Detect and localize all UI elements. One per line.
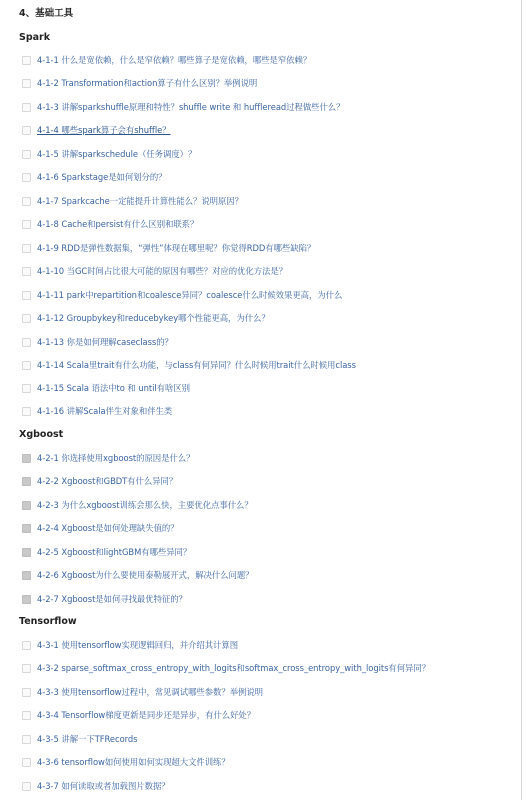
checkbox[interactable]: [22, 384, 31, 393]
list-item[interactable]: 4-2-4 Xgboost是如何处理缺失值的？: [22, 520, 179, 536]
list-item[interactable]: 4-1-7 Sparkcache一定能提升计算性能么？说明原因？: [22, 193, 243, 209]
list-item[interactable]: 4-3-5 讲解一下TFRecords: [22, 731, 137, 747]
checkbox[interactable]: [22, 56, 31, 65]
checkbox[interactable]: [22, 291, 31, 300]
list-item[interactable]: 4-3-2 sparse_softmax_cross_entropy_with_…: [22, 660, 430, 676]
list-item[interactable]: 4-3-4 Tensorflow梯度更新是同步还是异步，有什么好处？: [22, 707, 255, 723]
list-item[interactable]: 4-1-15 Scala 语法中to 和 until有啥区别: [22, 380, 190, 396]
item-text[interactable]: 4-1-9 RDD是弹性数据集，“弹性”体现在哪里呢？你觉得RDD有哪些缺陷？: [37, 240, 315, 256]
list-item[interactable]: 4-1-2 Transformation和action算子有什么区别？举例说明: [22, 75, 257, 91]
checkbox[interactable]: [22, 197, 31, 206]
checkbox[interactable]: [22, 664, 31, 673]
item-text[interactable]: 4-1-8 Cache和persist有什么区别和联系？: [37, 216, 198, 232]
list-item[interactable]: 4-2-6 Xgboost为什么要使用泰勒展开式，解决什么问题？: [22, 567, 253, 583]
list-item[interactable]: 4-3-1 使用tensorflow实现逻辑回归，并介绍其计算图: [22, 637, 238, 653]
item-text[interactable]: 4-3-4 Tensorflow梯度更新是同步还是异步，有什么好处？: [37, 707, 255, 723]
checkbox[interactable]: [22, 79, 31, 88]
checkbox[interactable]: [22, 361, 31, 370]
checkbox-checked[interactable]: [22, 595, 31, 604]
list-item[interactable]: 4-1-3 讲解sparkshuffle原理和特性？shuffle write …: [22, 99, 344, 115]
checkbox-checked[interactable]: [22, 524, 31, 533]
checkbox-checked[interactable]: [22, 571, 31, 580]
section-title-tensorflow: Tensorflow: [19, 613, 77, 631]
item-text[interactable]: 4-1-7 Sparkcache一定能提升计算性能么？说明原因？: [37, 193, 243, 209]
checkbox[interactable]: [22, 126, 31, 135]
list-item[interactable]: 4-1-6 Sparkstage是如何划分的？: [22, 169, 166, 185]
item-text[interactable]: 4-1-5 讲解sparkschedule（任务调度）？: [37, 146, 196, 162]
item-text[interactable]: 4-3-1 使用tensorflow实现逻辑回归，并介绍其计算图: [37, 637, 238, 653]
checkbox-checked[interactable]: [22, 548, 31, 557]
checkbox[interactable]: [22, 150, 31, 159]
item-text[interactable]: 4-2-7 Xgboost是如何寻找最优特征的？: [37, 591, 187, 607]
checkbox[interactable]: [22, 407, 31, 416]
list-item[interactable]: 4-2-5 Xgboost和lightGBM有哪些异同？: [22, 544, 191, 560]
list-item[interactable]: 4-2-2 Xgboost和GBDT有什么异同？: [22, 473, 177, 489]
item-text[interactable]: 4-1-1 什么是宽依赖，什么是窄依赖？哪些算子是宽依赖，哪些是窄依赖？: [37, 52, 311, 68]
list-item[interactable]: 4-1-8 Cache和persist有什么区别和联系？: [22, 216, 198, 232]
list-item[interactable]: 4-1-13 你是如何理解caseclass的？: [22, 334, 173, 350]
list-item[interactable]: 4-3-6 tensorflow如何使用如何实现超大文件训练？: [22, 754, 230, 770]
checkbox[interactable]: [22, 641, 31, 650]
item-text[interactable]: 4-3-5 讲解一下TFRecords: [37, 731, 137, 747]
checkbox[interactable]: [22, 267, 31, 276]
item-link[interactable]: 4-1-4 哪些spark算子会有shuffle？: [37, 122, 171, 138]
checkbox[interactable]: [22, 244, 31, 253]
list-item[interactable]: 4-1-16 讲解Scala伴生对象和伴生类: [22, 403, 172, 419]
checkbox-checked[interactable]: [22, 477, 31, 486]
checkbox[interactable]: [22, 782, 31, 791]
checkbox[interactable]: [22, 758, 31, 767]
list-item[interactable]: 4-1-12 Groupbykey和reducebykey哪个性能更高，为什么？: [22, 310, 270, 326]
list-item[interactable]: 4-3-7 如何读取或者加载图片数据？: [22, 778, 170, 794]
document-page: 4、基础工具 Spark 4-1-1 什么是宽依赖，什么是窄依赖？哪些算子是宽依…: [0, 0, 522, 800]
item-text[interactable]: 4-1-11 park中repartition和coalesce异同？coale…: [37, 287, 342, 303]
checkbox[interactable]: [22, 220, 31, 229]
checkbox[interactable]: [22, 735, 31, 744]
item-text[interactable]: 4-1-6 Sparkstage是如何划分的？: [37, 169, 166, 185]
list-item[interactable]: 4-1-14 Scala里trait有什么功能，与class有何异同？什么时候用…: [22, 357, 356, 373]
checkbox[interactable]: [22, 103, 31, 112]
item-text[interactable]: 4-2-1 你选择使用xgboost的原因是什么？: [37, 450, 194, 466]
item-text[interactable]: 4-3-2 sparse_softmax_cross_entropy_with_…: [37, 660, 430, 676]
checkbox[interactable]: [22, 338, 31, 347]
item-text[interactable]: 4-2-3 为什么xgboost训练会那么快，主要优化点事什么？: [37, 497, 253, 513]
item-text[interactable]: 4-1-12 Groupbykey和reducebykey哪个性能更高，为什么？: [37, 310, 270, 326]
item-text[interactable]: 4-2-5 Xgboost和lightGBM有哪些异同？: [37, 544, 191, 560]
item-text[interactable]: 4-1-2 Transformation和action算子有什么区别？举例说明: [37, 75, 257, 91]
item-text[interactable]: 4-1-3 讲解sparkshuffle原理和特性？shuffle write …: [37, 99, 344, 115]
item-text[interactable]: 4-2-2 Xgboost和GBDT有什么异同？: [37, 473, 177, 489]
item-text[interactable]: 4-3-6 tensorflow如何使用如何实现超大文件训练？: [37, 754, 230, 770]
checkbox[interactable]: [22, 173, 31, 182]
list-item[interactable]: 4-1-11 park中repartition和coalesce异同？coale…: [22, 287, 342, 303]
section-title-spark: Spark: [19, 29, 50, 47]
item-text[interactable]: 4-1-15 Scala 语法中to 和 until有啥区别: [37, 380, 190, 396]
item-text[interactable]: 4-1-16 讲解Scala伴生对象和伴生类: [37, 403, 172, 419]
list-item[interactable]: 4-1-10 当GC时间占比很大可能的原因有哪些？对应的优化方法是？: [22, 263, 287, 279]
item-text[interactable]: 4-3-3 使用tensorflow过程中，常见调试哪些参数？举例说明: [37, 684, 263, 700]
item-text[interactable]: 4-2-4 Xgboost是如何处理缺失值的？: [37, 520, 179, 536]
checkbox[interactable]: [22, 314, 31, 323]
item-text[interactable]: 4-1-13 你是如何理解caseclass的？: [37, 334, 173, 350]
item-text[interactable]: 4-1-14 Scala里trait有什么功能，与class有何异同？什么时候用…: [37, 357, 356, 373]
item-text[interactable]: 4-3-7 如何读取或者加载图片数据？: [37, 778, 170, 794]
checkbox-checked[interactable]: [22, 454, 31, 463]
list-item[interactable]: 4-1-4 哪些spark算子会有shuffle？: [22, 122, 171, 138]
checkbox[interactable]: [22, 711, 31, 720]
list-item[interactable]: 4-3-3 使用tensorflow过程中，常见调试哪些参数？举例说明: [22, 684, 263, 700]
list-item[interactable]: 4-1-1 什么是宽依赖，什么是窄依赖？哪些算子是宽依赖，哪些是窄依赖？: [22, 52, 311, 68]
checkbox[interactable]: [22, 688, 31, 697]
list-item[interactable]: 4-2-1 你选择使用xgboost的原因是什么？: [22, 450, 194, 466]
list-item[interactable]: 4-2-7 Xgboost是如何寻找最优特征的？: [22, 591, 187, 607]
list-item[interactable]: 4-1-5 讲解sparkschedule（任务调度）？: [22, 146, 196, 162]
page-title: 4、基础工具: [19, 5, 73, 23]
item-text[interactable]: 4-1-10 当GC时间占比很大可能的原因有哪些？对应的优化方法是？: [37, 263, 287, 279]
section-title-xgboost: Xgboost: [19, 426, 63, 444]
list-item[interactable]: 4-1-9 RDD是弹性数据集，“弹性”体现在哪里呢？你觉得RDD有哪些缺陷？: [22, 240, 315, 256]
item-text[interactable]: 4-2-6 Xgboost为什么要使用泰勒展开式，解决什么问题？: [37, 567, 253, 583]
list-item[interactable]: 4-2-3 为什么xgboost训练会那么快，主要优化点事什么？: [22, 497, 253, 513]
checkbox-checked[interactable]: [22, 501, 31, 510]
